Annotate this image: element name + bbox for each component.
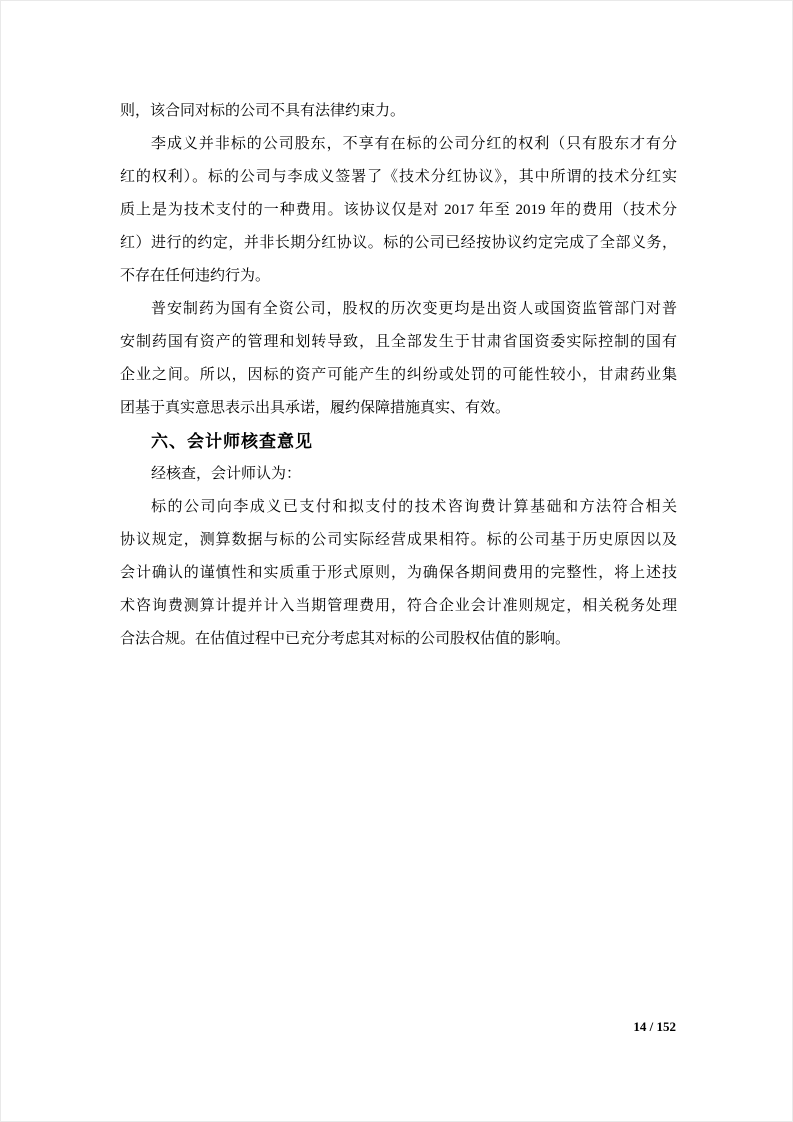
paragraph: 标的公司向李成义已支付和拟支付的技术咨询费计算基础和方法符合相关 协议规定，测算… [120,491,677,656]
body-line: 协议规定，测算数据与标的公司实际经营成果相符。标的公司基于历史原因以及 [120,524,677,557]
body-line: 红的权利）。标的公司与李成义签署了《技术分红协议》，其中所谓的技术分红实 [120,161,677,194]
body-line: 安制药国有资产的管理和划转导致，且全部发生于甘肃省国资委实际控制的国有 [120,326,677,359]
body-line: 标的公司向李成义已支付和拟支付的技术咨询费计算基础和方法符合相关 [120,491,677,524]
paragraph: 普安制药为国有全资公司，股权的历次变更均是出资人或国资监管部门对普 安制药国有资… [120,293,677,425]
body-line: 红）进行的约定，并非长期分红协议。标的公司已经按协议约定完成了全部义务， [120,227,677,260]
section-heading: 六、会计师核查意见 [120,425,677,458]
body-line: 质上是为技术支付的一种费用。该协议仅是对 2017 年至 2019 年的费用（技… [120,194,677,227]
paragraph: 李成义并非标的公司股东，不享有在标的公司分红的权利（只有股东才有分 红的权利）。… [120,128,677,293]
body-line: 企业之间。所以，因标的资产可能产生的纠纷或处罚的可能性较小，甘肃药业集 [120,359,677,392]
body-line: 则，该合同对标的公司不具有法律约束力。 [120,95,677,128]
document-page: 则，该合同对标的公司不具有法律约束力。 李成义并非标的公司股东，不享有在标的公司… [0,0,793,1122]
body-line: 术咨询费测算计提并计入当期管理费用，符合企业会计准则规定，相关税务处理 [120,590,677,623]
body-line: 团基于真实意思表示出具承诺，履约保障措施真实、有效。 [120,392,677,425]
page-number: 14 / 152 [633,1019,676,1035]
body-line: 会计确认的谨慎性和实质重于形式原则，为确保各期间费用的完整性，将上述技 [120,557,677,590]
body-line: 合法合规。在估值过程中已充分考虑其对标的公司股权估值的影响。 [120,623,677,656]
body-line: 普安制药为国有全资公司，股权的历次变更均是出资人或国资监管部门对普 [120,293,677,326]
document-body: 则，该合同对标的公司不具有法律约束力。 李成义并非标的公司股东，不享有在标的公司… [120,95,677,656]
body-line: 李成义并非标的公司股东，不享有在标的公司分红的权利（只有股东才有分 [120,128,677,161]
body-line: 经核查，会计师认为： [120,458,677,491]
paragraph: 则，该合同对标的公司不具有法律约束力。 [120,95,677,128]
paragraph: 经核查，会计师认为： [120,458,677,491]
body-line: 不存在任何违约行为。 [120,260,677,293]
